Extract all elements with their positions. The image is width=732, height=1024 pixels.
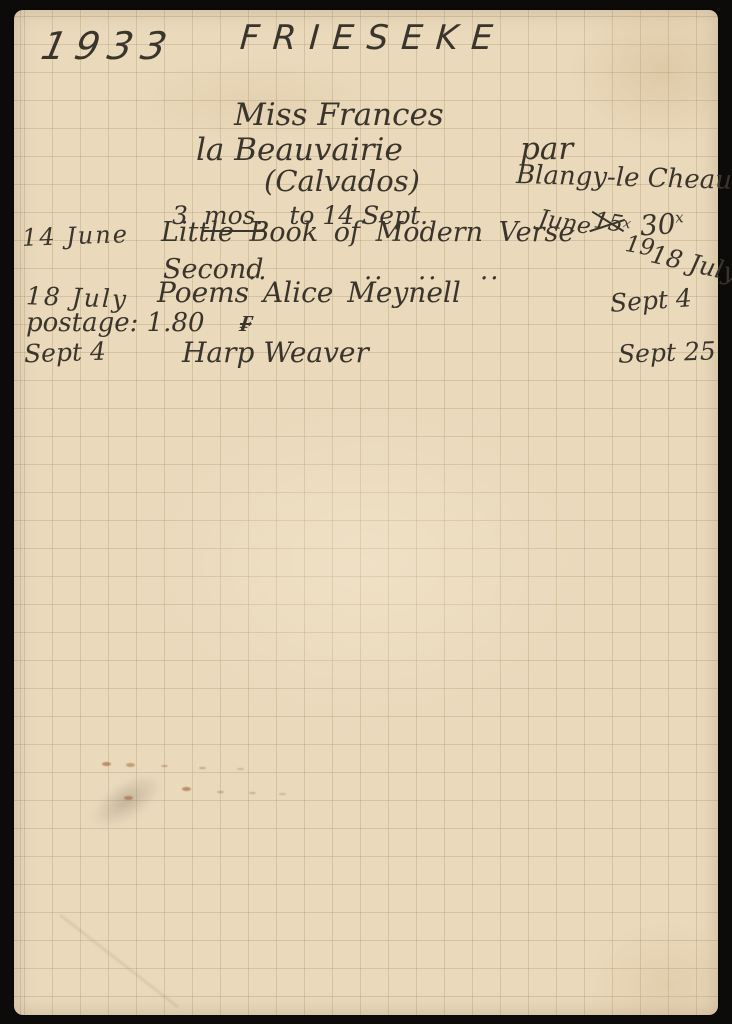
address-line-2: (Calvados) xyxy=(264,166,420,198)
rust-speck-stain xyxy=(102,762,111,766)
scan-background: 1933 FRIESEKE Miss Frances la Beauvairie… xyxy=(0,0,732,1024)
entry-4-date-out: Sept 4 xyxy=(24,338,107,368)
pencil-smudge-stain xyxy=(64,748,189,854)
entry-1-fee-superscript: x xyxy=(675,208,685,227)
address-line-1: la Beauvairie xyxy=(196,133,403,167)
entry-4-title: Harp Weaver xyxy=(182,338,369,369)
year-label: 1933 xyxy=(38,26,180,68)
postage-note: postage: 1.80 xyxy=(26,309,205,338)
entry-2-ditto-mark: .. xyxy=(480,257,501,286)
entry-4-date-returned: Sept 25 xyxy=(618,337,717,368)
entry-1-title: Little Book of Modern Verse xyxy=(161,218,574,248)
entry-1-fee: 30x xyxy=(639,208,685,242)
entry-1-due-day-crossed-out: 15 xyxy=(592,208,625,238)
entry-2-date-returned: 18 July xyxy=(648,240,732,287)
library-lending-card: 1933 FRIESEKE Miss Frances la Beauvairie… xyxy=(14,10,718,1015)
member-name: Miss Frances xyxy=(234,98,444,132)
paper-crease xyxy=(59,914,178,1008)
cancelled-currency-mark: ₣ xyxy=(238,311,253,336)
entry-1-fee-amount: 30 xyxy=(639,207,677,242)
entry-3-title: Poems Alice Meynell xyxy=(157,278,461,309)
address-line-3: Blangy-le Cheau. xyxy=(516,161,732,195)
entry-1-date-out: 14 June xyxy=(22,221,130,251)
rust-speck-stain xyxy=(182,787,191,791)
member-surname: FRIESEKE xyxy=(239,20,507,57)
entry-3-date-returned: Sept 4 xyxy=(609,284,693,317)
